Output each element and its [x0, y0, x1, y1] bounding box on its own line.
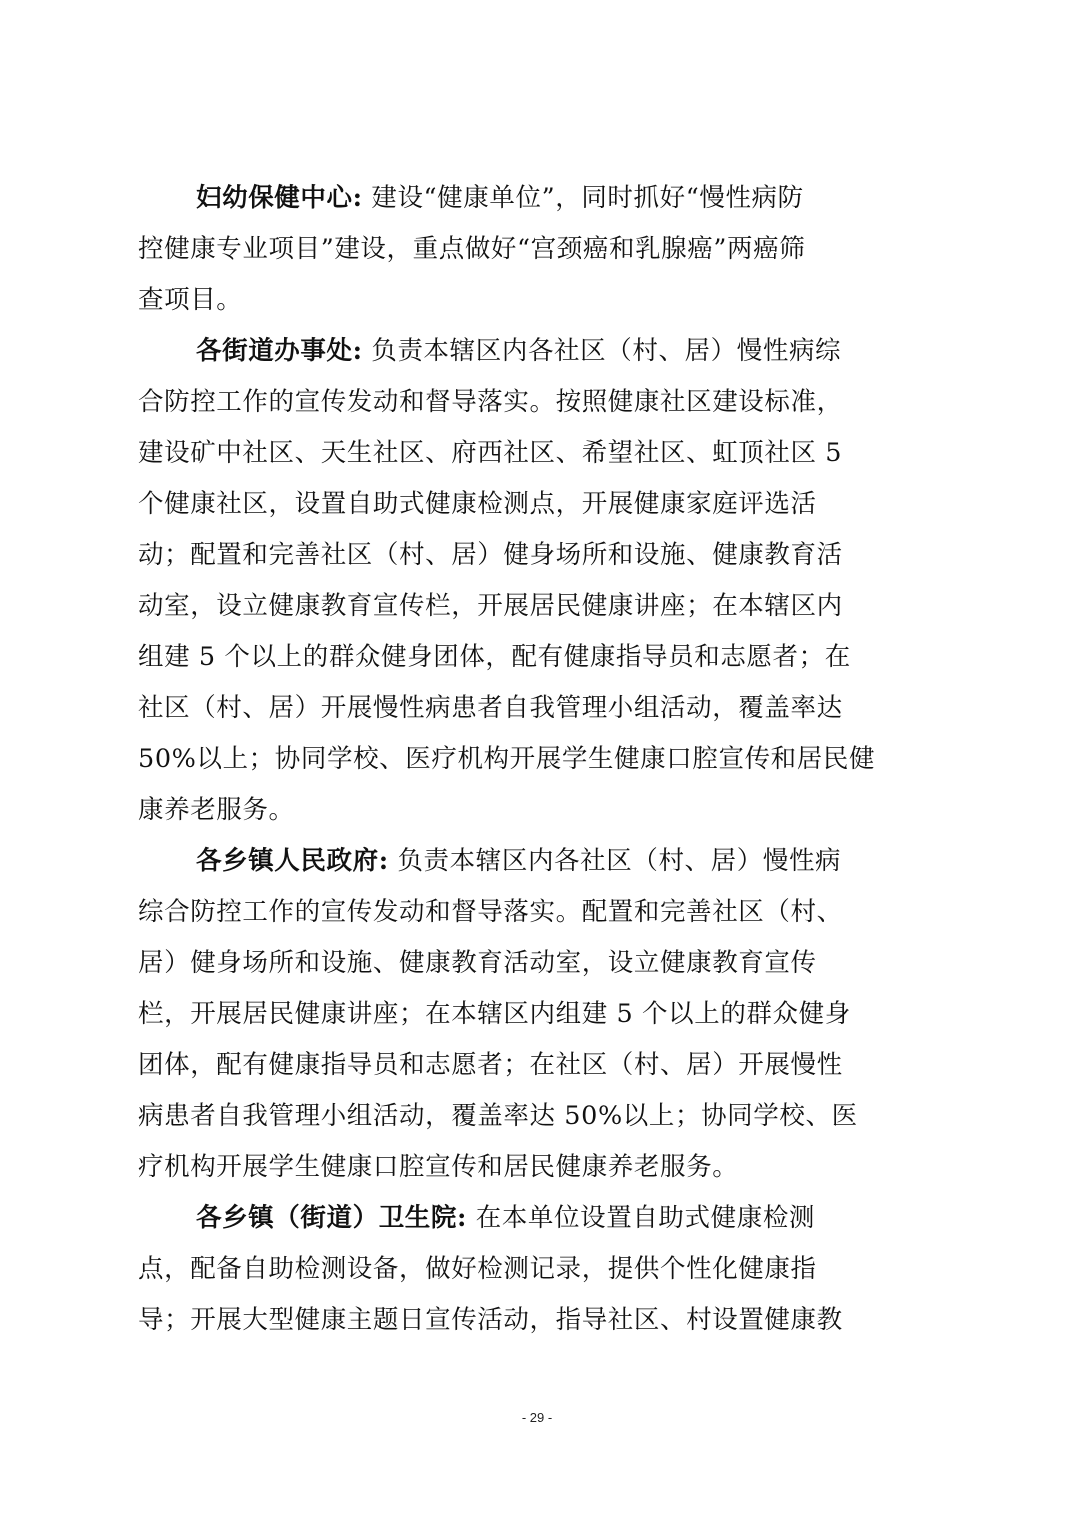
paragraph-line: 组建 5 个以上的群众健身团体，配有健康指导员和志愿者；在: [138, 632, 938, 683]
paragraph-line: 病患者自我管理小组活动，覆盖率达 50%以上；协同学校、医: [138, 1091, 938, 1142]
paragraph-line: 50%以上；协同学校、医疗机构开展学生健康口腔宣传和居民健: [138, 734, 938, 785]
paragraph-line: 合防控工作的宣传发动和督导落实。按照健康社区建设标准，: [138, 377, 938, 428]
paragraph-line: 居）健身场所和设施、健康教育活动室，设立健康教育宣传: [138, 938, 938, 989]
paragraph-line: 负责本辖区内各社区（村、居）慢性病: [397, 846, 841, 876]
paragraph-line: 点，配备自助检测设备，做好检测记录，提供个性化健康指: [138, 1244, 938, 1295]
paragraph-lead: 各乡镇（街道）卫生院:: [196, 1203, 467, 1233]
paragraph-township-governments: 各乡镇人民政府: 负责本辖区内各社区（村、居）慢性病 综合防控工作的宣传发动和督…: [138, 836, 938, 1193]
paragraph-line: 查项目。: [138, 275, 938, 326]
paragraph-line: 建设“健康单位”，同时抓好“慢性病防: [371, 183, 803, 213]
paragraph-line: 控健康专业项目”建设，重点做好“宫颈癌和乳腺癌”两癌筛: [138, 224, 938, 275]
paragraph-line: 康养老服务。: [138, 785, 938, 836]
paragraph-line: 动室，设立健康教育宣传栏，开展居民健康讲座；在本辖区内: [138, 581, 938, 632]
paragraph-subdistrict-offices: 各街道办事处: 负责本辖区内各社区（村、居）慢性病综 合防控工作的宣传发动和督导…: [138, 326, 938, 836]
paragraph-line: 社区（村、居）开展慢性病患者自我管理小组活动，覆盖率达: [138, 683, 938, 734]
paragraph-line: 动；配置和完善社区（村、居）健身场所和设施、健康教育活: [138, 530, 938, 581]
page-number: - 29 -: [0, 1410, 1074, 1425]
paragraph-line: 建设矿中社区、天生社区、府西社区、希望社区、虹顶社区 5: [138, 428, 938, 479]
paragraph-line: 栏，开展居民健康讲座；在本辖区内组建 5 个以上的群众健身: [138, 989, 938, 1040]
paragraph-line: 导；开展大型健康主题日宣传活动，指导社区、村设置健康教: [138, 1295, 938, 1346]
paragraph-lead: 妇幼保健中心:: [196, 183, 363, 213]
paragraph-line: 在本单位设置自助式健康检测: [476, 1203, 815, 1233]
paragraph-lead: 各街道办事处:: [196, 336, 363, 366]
paragraph-maternal-child-health-center: 妇幼保健中心: 建设“健康单位”，同时抓好“慢性病防 控健康专业项目”建设，重点…: [138, 173, 938, 326]
paragraph-lead: 各乡镇人民政府:: [196, 846, 389, 876]
paragraph-line: 团体，配有健康指导员和志愿者；在社区（村、居）开展慢性: [138, 1040, 938, 1091]
paragraph-line: 疗机构开展学生健康口腔宣传和居民健康养老服务。: [138, 1142, 938, 1193]
paragraph-township-health-centers: 各乡镇（街道）卫生院: 在本单位设置自助式健康检测 点，配备自助检测设备，做好检…: [138, 1193, 938, 1346]
paragraph-line: 负责本辖区内各社区（村、居）慢性病综: [371, 336, 841, 366]
paragraph-line: 个健康社区，设置自助式健康检测点，开展健康家庭评选活: [138, 479, 938, 530]
paragraph-line: 综合防控工作的宣传发动和督导落实。配置和完善社区（村、: [138, 887, 938, 938]
document-page: 妇幼保健中心: 建设“健康单位”，同时抓好“慢性病防 控健康专业项目”建设，重点…: [0, 0, 1074, 1520]
